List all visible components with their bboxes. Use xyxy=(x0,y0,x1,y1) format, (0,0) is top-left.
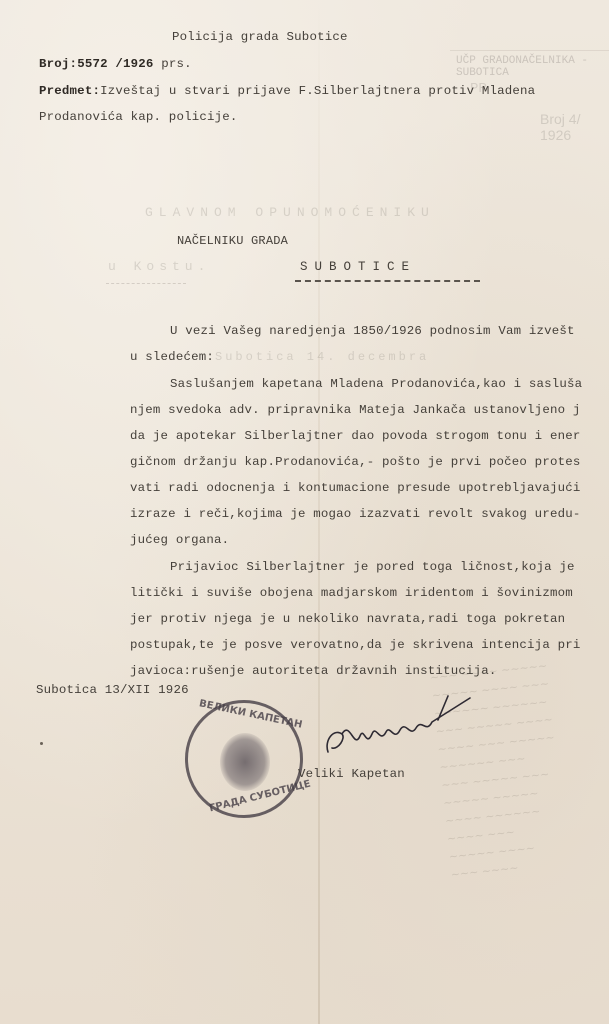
bleed-city: u Kostu. xyxy=(108,259,210,274)
body-p2-line: gičnom držanju kap.Prodanovića,- pošto j… xyxy=(130,455,581,469)
reference-suffix: prs. xyxy=(161,57,192,71)
subject-line-2: Prodanovića kap. policije. xyxy=(39,110,238,124)
bleed-stamp-line: UČP GRADONAČELNIKA - SUBOTICA xyxy=(456,55,609,79)
body-p1-line: u sledećem: xyxy=(130,350,214,364)
body-p1-line: U vezi Vašeg naredjenja 1850/1926 podnos… xyxy=(170,324,575,338)
stamp-top-text: ВЕЛИКИ КАПЕТАН xyxy=(198,698,303,731)
date-line: Subotica 13/XII 1926 xyxy=(36,683,189,697)
body-p3-line: postupak,te je posve verovatno,da je skr… xyxy=(130,638,581,652)
document-header-title: Policija grada Subotice xyxy=(172,30,348,44)
body-p2-line: njem svedoka adv. pripravnika Mateja Jan… xyxy=(130,403,581,417)
addressee-title: NAČELNIKU GRADA xyxy=(177,234,288,248)
body-p2-line: vati radi odocnenja i kontumacione presu… xyxy=(130,481,581,495)
reference-label: Broj: xyxy=(39,57,77,71)
body-p3-line: Prijavioc Silberlajtner je pored toga li… xyxy=(170,560,575,574)
addressee-underline xyxy=(295,280,480,282)
bleed-handwriting: ~~~ ~~~~ ~~~~~~~~~~ ~~~~ ~~~~~~~~~ ~~~~~… xyxy=(429,652,609,885)
ink-dot xyxy=(40,742,43,745)
addressee-city: SUBOTICE xyxy=(300,260,416,274)
body-p2-line: jućeg organa. xyxy=(130,533,229,547)
body-p2-line: da je apotekar Silberlajtner dao povoda … xyxy=(130,429,581,443)
bleed-stamp-broj: Broj 4/ 1926 xyxy=(540,111,609,143)
coat-of-arms-icon xyxy=(220,733,270,791)
body-p3-line: jer protiv njega je u nekoliko navrata,r… xyxy=(130,612,565,626)
body-p3-line: javioca:rušenje autoriteta državnih inst… xyxy=(130,664,497,678)
body-p2-line: Saslušanjem kapetana Mladena Prodanovića… xyxy=(170,377,582,391)
subject-line-1: Predmet:Izveštaj u stvari prijave F.Silb… xyxy=(39,84,535,98)
bleed-date: Subotica 14. decembra xyxy=(215,350,429,364)
official-stamp: ВЕЛИКИ КАПЕТАН ГРАДА СУБОТИЦЕ xyxy=(185,700,303,818)
reference-value: 5572 /1926 xyxy=(77,57,153,71)
signature-title: Veliki Kapetan xyxy=(298,767,405,781)
signature-icon xyxy=(320,690,480,760)
body-p3-line: litički i suviše obojena madjarskom irid… xyxy=(130,586,573,600)
subject-text-1: Izveštaj u stvari prijave F.Silberlajtne… xyxy=(100,84,535,98)
reference-number: Broj:5572 /1926 prs. xyxy=(39,57,192,71)
bleed-underline xyxy=(106,283,186,284)
subject-label: Predmet: xyxy=(39,84,100,98)
body-p2-line: izraze i reči,kojima je mogao izazvati r… xyxy=(130,507,581,521)
bleed-heading: GLAVNOM OPUNOMOĆENIKU xyxy=(145,205,435,220)
